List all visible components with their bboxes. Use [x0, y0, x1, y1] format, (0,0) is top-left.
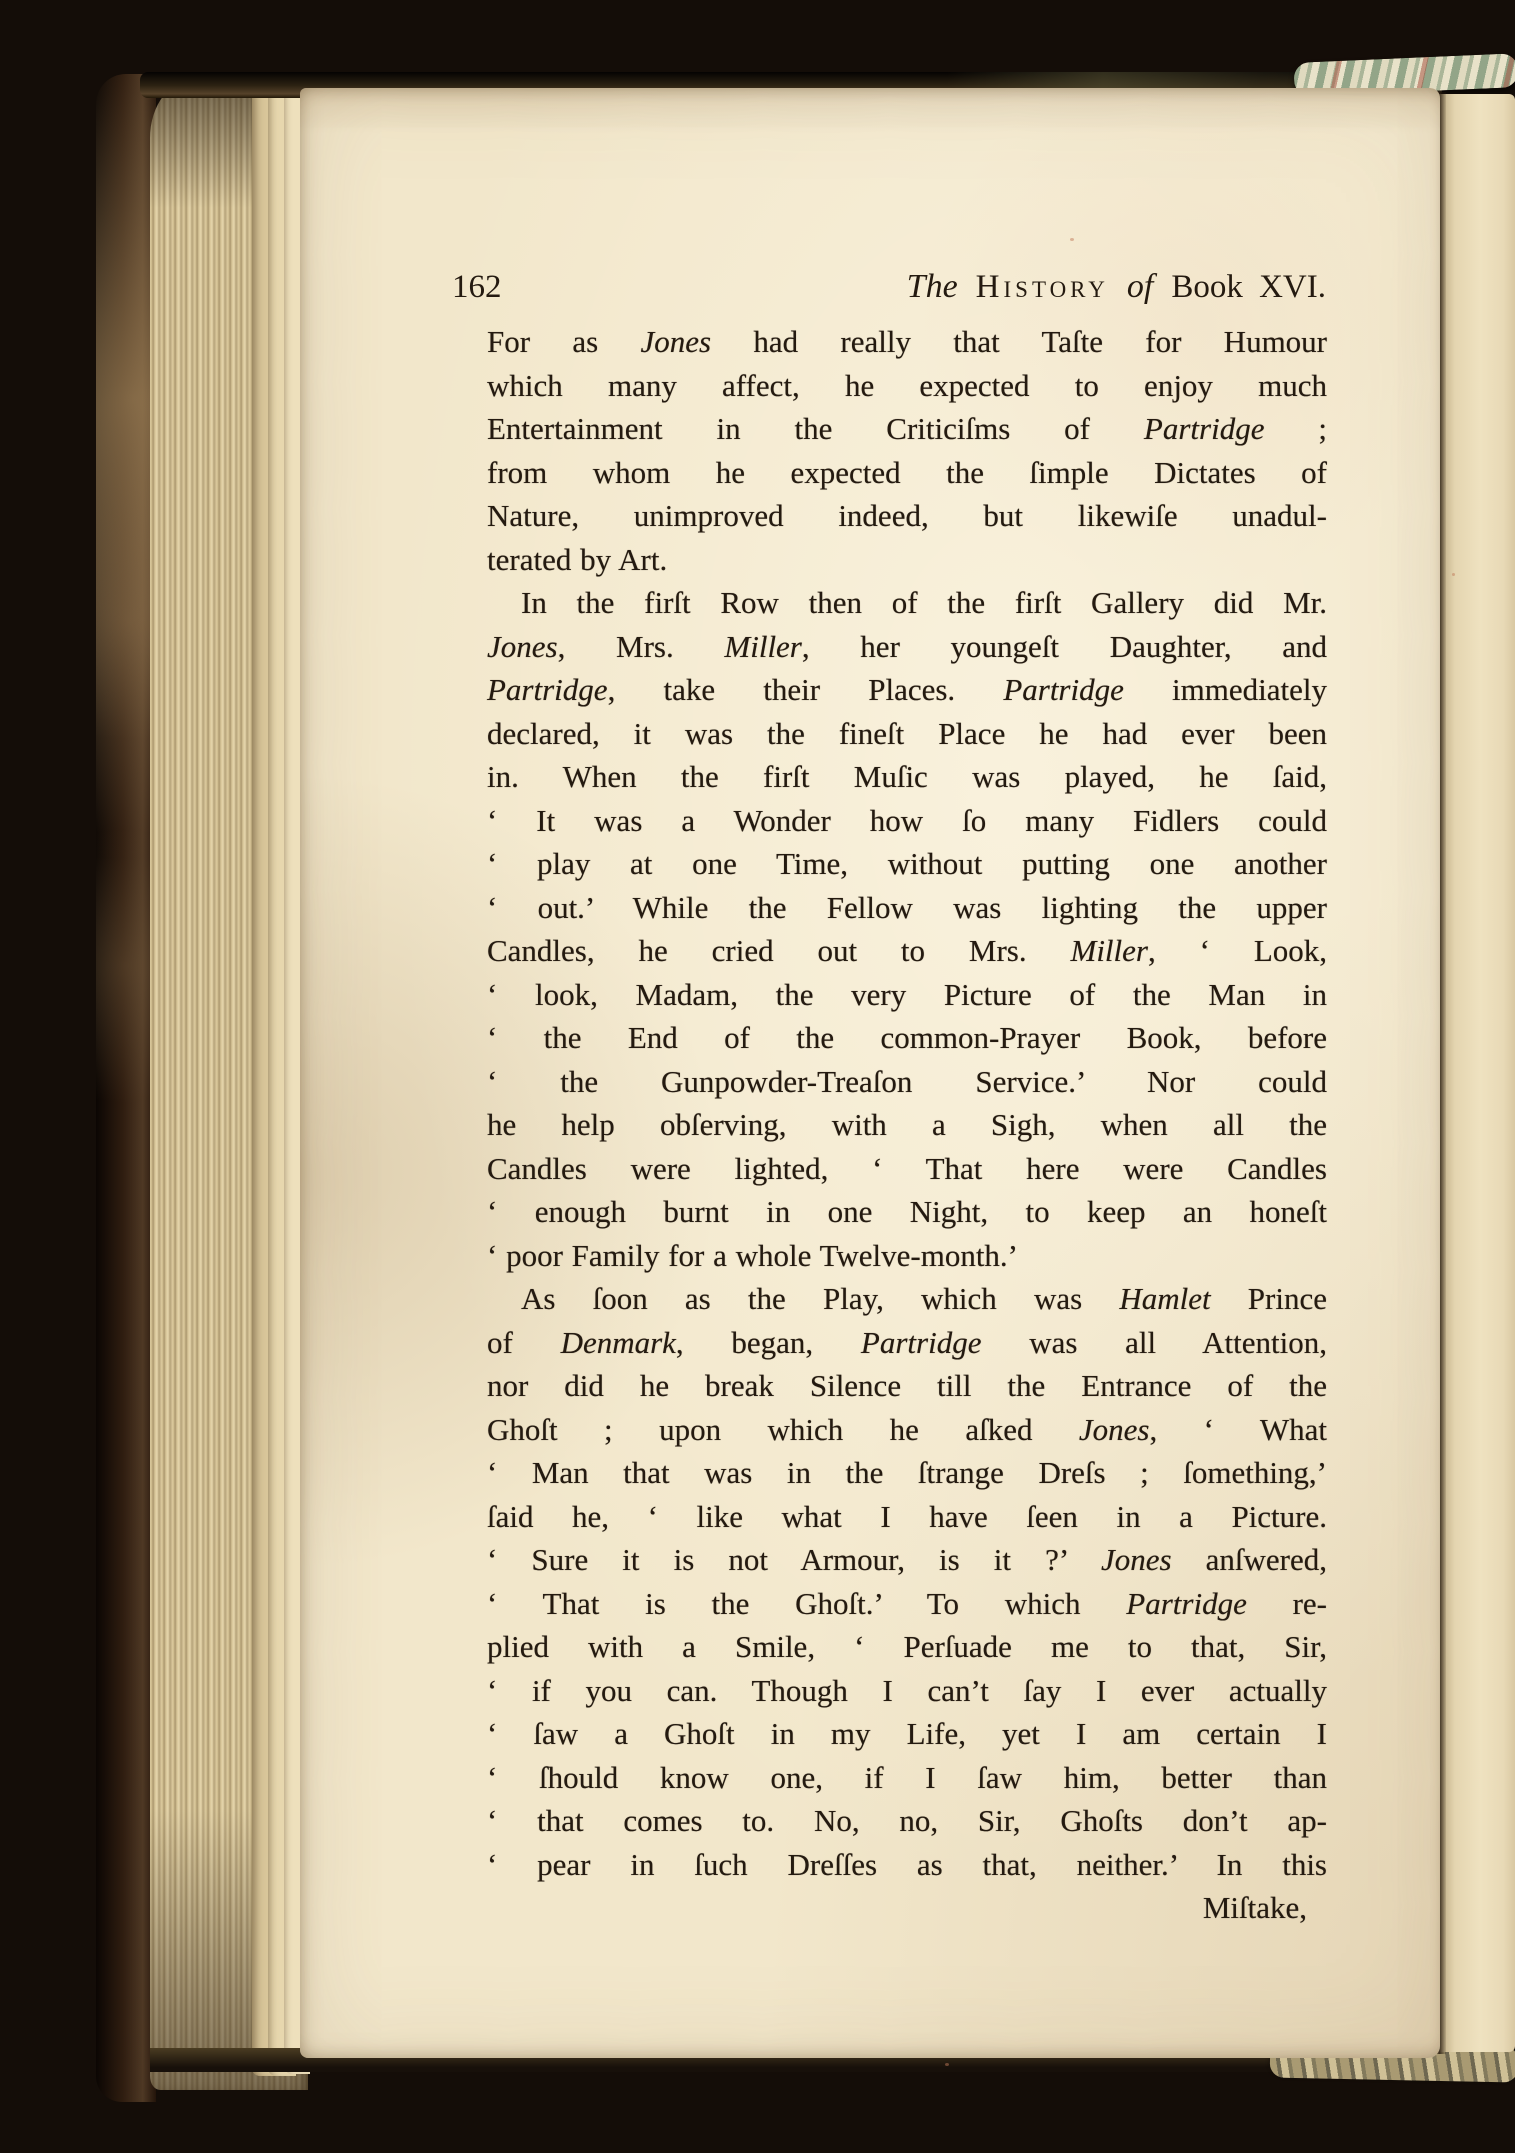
page-body: For as Jones had really that Taſte for H…	[487, 320, 1327, 1930]
body-text: For as Jones had really that Taſte for H…	[487, 320, 1327, 1886]
text-line: nor did he break Silence till the Entran…	[487, 1364, 1327, 1408]
text-line: plied with a Smile, ‘ Perſuade me to tha…	[487, 1625, 1327, 1669]
text-line: which many affect, he expected to enjoy …	[487, 364, 1327, 408]
text-line: ‘ play at one Time, without putting one …	[487, 842, 1327, 886]
text-line: ‘ pear in ſuch Dreſſes as that, neither.…	[487, 1843, 1327, 1887]
text-line: ‘ look, Madam, the very Picture of the M…	[487, 973, 1327, 1017]
text-line: ‘ the Gunpowder-Treaſon Service.’ Nor co…	[487, 1060, 1327, 1104]
book-photo: 162 The History of Book XVI. For as Jone…	[0, 0, 1515, 2153]
text-line: ‘ poor Family for a whole Twelve-month.’	[487, 1234, 1327, 1278]
catchword: Miſtake,	[487, 1886, 1327, 1930]
text-line: ſaid he, ‘ like what I have ſeen in a Pi…	[487, 1495, 1327, 1539]
book-cover-edge	[96, 74, 156, 2102]
paragraph: In the firſt Row then of the firſt Galle…	[487, 581, 1327, 1277]
paragraph: For as Jones had really that Taſte for H…	[487, 320, 1327, 581]
text-line: he help obſerving, with a Sigh, when all…	[487, 1103, 1327, 1147]
title-the: The	[907, 268, 958, 306]
text-line: of Denmark, began, Partridge was all Att…	[487, 1321, 1327, 1365]
text-line: ‘ Man that was in the ſtrange Dreſs ; ſo…	[487, 1451, 1327, 1495]
text-line: Entertainment in the Criticiſms of Partr…	[487, 407, 1327, 451]
running-head: 162 The History of Book XVI.	[452, 268, 1326, 306]
text-line: ‘ ſhould know one, if I ſaw him, better …	[487, 1756, 1327, 1800]
page-number: 162	[452, 269, 502, 306]
text-line: ‘ Sure it is not Armour, is it ?’ Jones …	[487, 1538, 1327, 1582]
text-line: As ſoon as the Play, which was Hamlet Pr…	[487, 1277, 1327, 1321]
text-line: In the firſt Row then of the firſt Galle…	[487, 581, 1327, 625]
text-line: ‘ It was a Wonder how ſo many Fidlers co…	[487, 799, 1327, 843]
text-line: declared, it was the fineſt Place he had…	[487, 712, 1327, 756]
text-line: ‘ That is the Ghoſt.’ To which Partridge…	[487, 1582, 1327, 1626]
text-line: from whom he expected the ſimple Dictate…	[487, 451, 1327, 495]
title-of: of	[1127, 268, 1153, 306]
title-history: History	[976, 269, 1109, 306]
text-line: Ghoſt ; upon which he aſked Jones, ‘ Wha…	[487, 1408, 1327, 1452]
text-line: ‘ ſaw a Ghoſt in my Life, yet I am certa…	[487, 1712, 1327, 1756]
text-line: ‘ out.’ While the Fellow was lighting th…	[487, 886, 1327, 930]
paper-speck	[945, 2063, 949, 2066]
title-book-number: Book XVI.	[1171, 269, 1326, 306]
text-line: ‘ that comes to. No, no, Sir, Ghoſts don…	[487, 1799, 1327, 1843]
paragraph: As ſoon as the Play, which was Hamlet Pr…	[487, 1277, 1327, 1886]
text-line: ‘ if you can. Though I can’t ſay I ever …	[487, 1669, 1327, 1713]
facing-page-edge	[1438, 94, 1515, 2052]
text-line: in. When the firſt Muſic was played, he …	[487, 755, 1327, 799]
book-page: 162 The History of Book XVI. For as Jone…	[300, 88, 1440, 2058]
running-title: The History of Book XVI.	[907, 268, 1326, 306]
text-line: Candles were lighted, ‘ That here were C…	[487, 1147, 1327, 1191]
text-line: terated by Art.	[487, 538, 1327, 582]
text-line: Candles, he cried out to Mrs. Miller, ‘ …	[487, 929, 1327, 973]
text-line: Jones, Mrs. Miller, her youngeſt Daughte…	[487, 625, 1327, 669]
text-line: ‘ enough burnt in one Night, to keep an …	[487, 1190, 1327, 1234]
text-line: For as Jones had really that Taſte for H…	[487, 320, 1327, 364]
text-line: Partridge, take their Places. Partridge …	[487, 668, 1327, 712]
paper-speck	[1452, 573, 1455, 576]
text-line: ‘ the End of the common-Prayer Book, bef…	[487, 1016, 1327, 1060]
paper-speck	[1070, 238, 1074, 241]
text-line: Nature, unimproved indeed, but likewiſe …	[487, 494, 1327, 538]
